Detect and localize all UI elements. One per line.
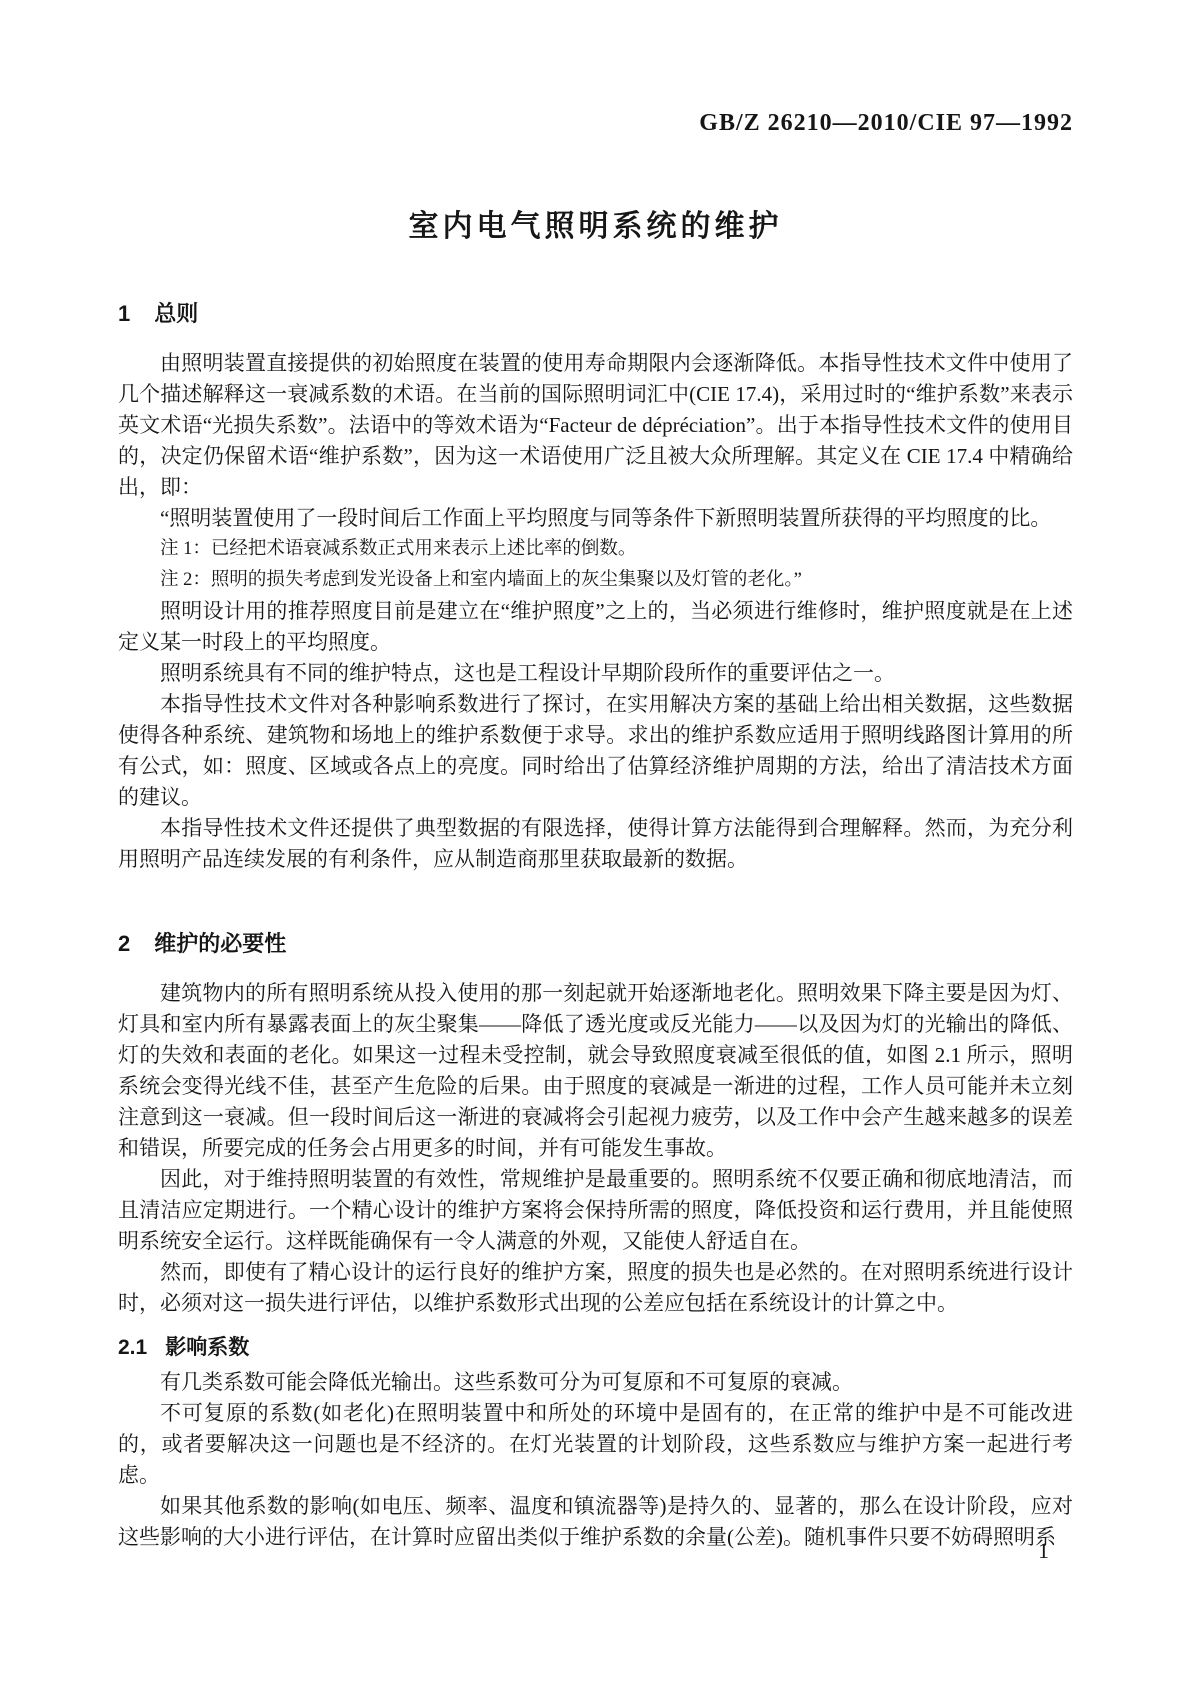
standard-number: GB/Z 26210—2010/CIE 97—1992 <box>118 110 1073 137</box>
section-2-heading: 2维护的必要性 <box>118 927 1073 958</box>
section-2-title: 维护的必要性 <box>154 931 286 956</box>
paragraph: 有几类系数可能会降低光输出。这些系数可分为可复原和不可复原的衰减。 <box>118 1367 1073 1398</box>
section-1-heading: 1总则 <box>118 297 1073 328</box>
page-number: 1 <box>1038 1538 1049 1564</box>
section-2-1-body: 有几类系数可能会降低光输出。这些系数可分为可复原和不可复原的衰减。 不可复原的系… <box>118 1367 1073 1553</box>
section-1-title: 总则 <box>154 301 198 326</box>
paragraph: 照明设计用的推荐照度目前是建立在“维护照度”之上的，当必须进行维修时，维护照度就… <box>118 596 1073 658</box>
paragraph: 本指导性技术文件还提供了典型数据的有限选择，使得计算方法能得到合理解释。然而，为… <box>118 813 1073 875</box>
note-1: 注 1：已经把术语衰减系数正式用来表示上述比率的倒数。 <box>118 534 1073 565</box>
paragraph: 如果其他系数的影响(如电压、频率、温度和镇流器等)是持久的、显著的，那么在设计阶… <box>118 1491 1073 1553</box>
paragraph: 本指导性技术文件对各种影响系数进行了探讨，在实用解决方案的基础上给出相关数据，这… <box>118 689 1073 813</box>
document-page: GB/Z 26210—2010/CIE 97—1992 室内电气照明系统的维护 … <box>0 0 1191 1684</box>
paragraph: 然而，即使有了精心设计的运行良好的维护方案，照度的损失也是必然的。在对照明系统进… <box>118 1257 1073 1319</box>
section-1-number: 1 <box>118 301 130 327</box>
document-title: 室内电气照明系统的维护 <box>118 201 1073 245</box>
paragraph: 建筑物内的所有照明系统从投入使用的那一刻起就开始逐渐地老化。照明效果下降主要是因… <box>118 978 1073 1164</box>
section-2-1-number: 2.1 <box>118 1336 147 1360</box>
paragraph: 因此，对于维持照明装置的有效性，常规维护是最重要的。照明系统不仅要正确和彻底地清… <box>118 1164 1073 1257</box>
section-2-body: 建筑物内的所有照明系统从投入使用的那一刻起就开始逐渐地老化。照明效果下降主要是因… <box>118 978 1073 1319</box>
paragraph: 照明系统具有不同的维护特点，这也是工程设计早期阶段所作的重要评估之一。 <box>118 658 1073 689</box>
section-2-number: 2 <box>118 931 130 957</box>
section-2-1-heading: 2.1影响系数 <box>118 1331 1073 1361</box>
paragraph: 由照明装置直接提供的初始照度在装置的使用寿命期限内会逐渐降低。本指导性技术文件中… <box>118 348 1073 503</box>
paragraph: 不可复原的系数(如老化)在照明装置中和所处的环境中是固有的，在正常的维护中是不可… <box>118 1398 1073 1491</box>
section-1-body: 由照明装置直接提供的初始照度在装置的使用寿命期限内会逐渐降低。本指导性技术文件中… <box>118 348 1073 875</box>
definition-quote: “照明装置使用了一段时间后工作面上平均照度与同等条件下新照明装置所获得的平均照度… <box>118 503 1073 534</box>
note-2: 注 2：照明的损失考虑到发光设备上和室内墙面上的灰尘集聚以及灯管的老化。” <box>118 565 1073 596</box>
section-2-1-title: 影响系数 <box>165 1336 249 1359</box>
